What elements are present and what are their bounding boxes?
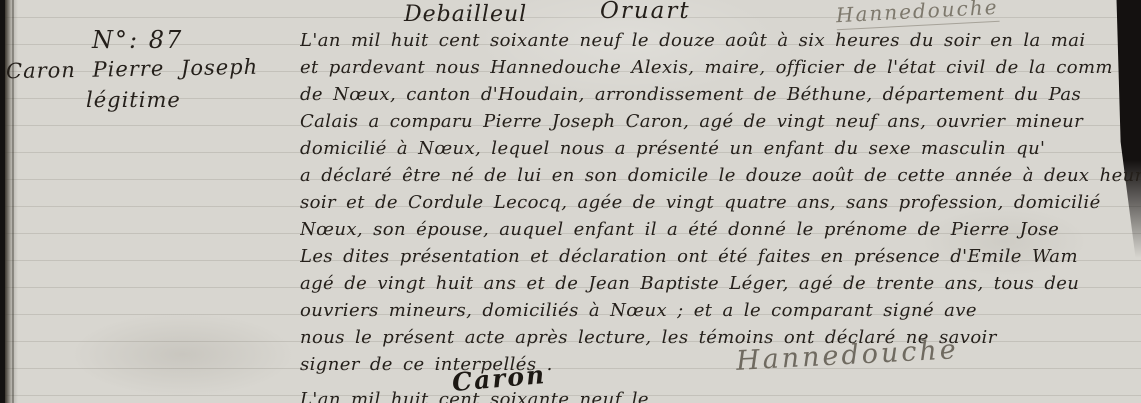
margin-act-number: N°: 87 [92,26,183,54]
margin-legitimacy-note: légitime [86,88,181,112]
next-act-partial-line: L'an mil huit cent soixante neuf le [300,389,649,403]
act-text-block: L'an mil huit cent soixante neuf le douz… [300,27,1141,378]
act-line: et pardevant nous Hannedouche Alexis, ma… [300,54,1141,81]
header-signature-oruart: Oruart [600,0,691,24]
header-signature-debailleul: Debailleul [404,2,527,27]
act-line: Nœux, son épouse, auquel enfant il a été… [300,216,1141,243]
margin-child-name: Caron Pierre Joseph [6,55,259,83]
act-line: domicilié à Nœux, lequel nous a présenté… [300,135,1141,162]
act-line: Calais a comparu Pierre Joseph Caron, ag… [300,108,1141,135]
act-line: ouvriers mineurs, domiciliés à Nœux ; et… [300,297,1141,324]
act-line: a déclaré être né de lui en son domicile… [300,162,1141,189]
act-line: L'an mil huit cent soixante neuf le douz… [300,27,1141,54]
act-line: Les dites présentation et déclaration on… [300,243,1141,270]
act-line: soir et de Cordule Lecocq, agée de vingt… [300,189,1141,216]
act-line: agé de vingt huit ans et de Jean Baptist… [300,270,1141,297]
act-line: nous le présent acte après lecture, les … [300,324,1141,351]
register-page-scan: N°: 87 Caron Pierre Joseph légitime Deba… [0,0,1141,403]
header-signature-hannedouche-faint: Hannedouche [835,0,999,30]
act-line: signer de ce interpellés . [300,351,1141,378]
act-line: de Nœux, canton d'Houdain, arrondissemen… [300,81,1141,108]
